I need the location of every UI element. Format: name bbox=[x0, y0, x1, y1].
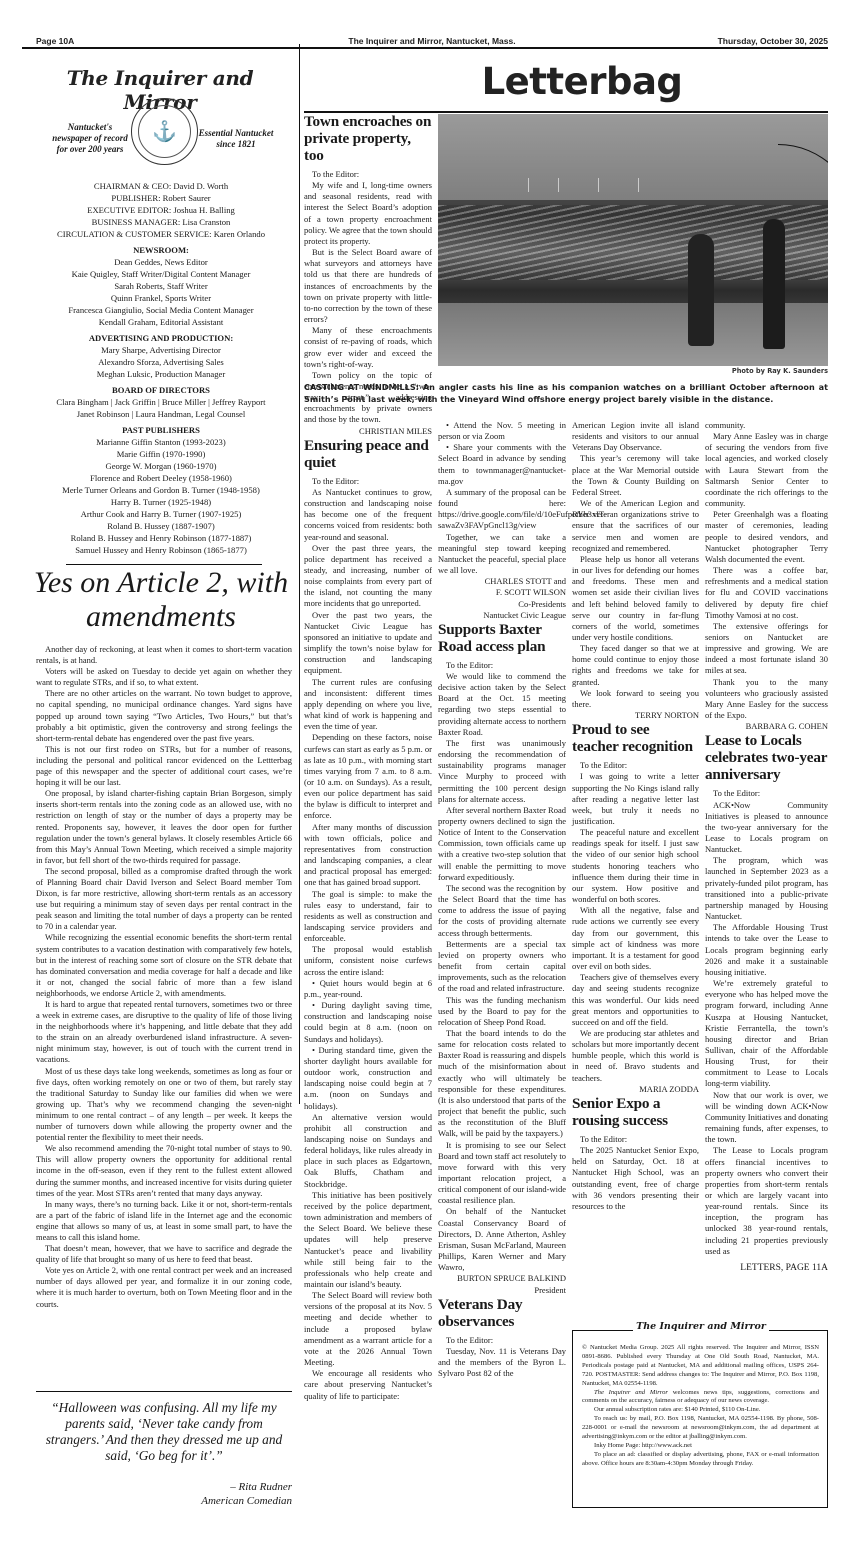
newsroom-heading: NEWSROOM: bbox=[30, 244, 292, 256]
feature-photo bbox=[438, 114, 828, 366]
editorial-body: Another day of reckoning, at least when … bbox=[36, 644, 292, 1310]
copyright-notice: © Nantucket Media Group. 2025 All rights… bbox=[582, 1344, 819, 1389]
letter-headline: Senior Expo a rousing success bbox=[572, 1095, 699, 1129]
letter-expo: Senior Expo a rousing success To the Edi… bbox=[572, 1095, 699, 1212]
contact-info: To reach us: by mail, P.O. Box 1198, Nan… bbox=[582, 1415, 819, 1442]
past-publishers-list: Marianne Giffin Stanton (1993-2023) Mari… bbox=[30, 436, 292, 556]
companion-silhouette bbox=[688, 234, 714, 346]
staff-divider bbox=[66, 564, 262, 565]
subscription-rates: Our annual subscription rates are: $140 … bbox=[582, 1406, 819, 1415]
letters-column-3: American Legion invite all island reside… bbox=[572, 420, 699, 1212]
angler-silhouette bbox=[763, 219, 785, 349]
advertising-heading: ADVERTISING AND PRODUCTION: bbox=[30, 332, 292, 344]
letters-column-4: community. Mary Anne Easley was in charg… bbox=[705, 420, 828, 1274]
letter-baxter: Supports Baxter Road access plan To the … bbox=[438, 621, 566, 1296]
wind-turbine-icon bbox=[558, 178, 559, 192]
editorial-headline: Yes on Article 2, with amendments bbox=[30, 566, 292, 634]
letters-column-1: Town encroaches on private property, too… bbox=[304, 113, 432, 1402]
paper-name: The Inquirer and Mirror, Nantucket, Mass… bbox=[36, 36, 828, 46]
tagline-right: Essential Nantucket since 1821 bbox=[198, 128, 274, 150]
fishing-rod bbox=[778, 144, 828, 234]
info-box-title: The Inquirer and Mirror bbox=[633, 1323, 769, 1332]
ad-info: To place an ad: classified or display ad… bbox=[582, 1451, 819, 1469]
advertising-list: Mary Sharpe, Advertising Director Alexan… bbox=[30, 344, 292, 380]
quote-author: – Rita Rudner bbox=[36, 1480, 292, 1494]
letter-signature: BARBARA G. COHEN bbox=[705, 721, 828, 732]
letter-lease: Lease to Locals celebrates two-year anni… bbox=[705, 732, 828, 1274]
past-publishers-heading: PAST PUBLISHERS bbox=[30, 424, 292, 436]
board-list: Clara Bingham | Jack Griffin | Bruce Mil… bbox=[30, 396, 292, 420]
wind-turbine-icon bbox=[598, 178, 599, 192]
quote-attribution: – Rita Rudner American Comedian bbox=[36, 1480, 292, 1508]
wind-turbine-icon bbox=[638, 178, 639, 192]
letter-veterans: Veterans Day observances To the Editor: … bbox=[438, 1296, 566, 1380]
letter-signature: TERRY NORTON bbox=[572, 710, 699, 721]
letter-headline: Lease to Locals celebrates two-year anni… bbox=[705, 732, 828, 783]
letter-headline: Veterans Day observances bbox=[438, 1296, 566, 1330]
column-divider bbox=[299, 44, 300, 1104]
letter-headline: Proud to see teacher recognition bbox=[572, 721, 699, 755]
tagline-left: Nantucket's newspaper of record for over… bbox=[50, 122, 130, 155]
folio-divider bbox=[22, 47, 828, 49]
letters-column-2: • Attend the Nov. 5 meeting in person or… bbox=[438, 420, 566, 1379]
continued-jump-link[interactable]: LETTERS, PAGE 11A bbox=[705, 1263, 828, 1274]
wind-turbine-icon bbox=[528, 178, 529, 192]
quote-divider bbox=[36, 1391, 292, 1392]
letter-headline: Town encroaches on private property, too bbox=[304, 113, 432, 164]
letter-signature: CHARLES STOTT and bbox=[438, 576, 566, 587]
letter-headline: Supports Baxter Road access plan bbox=[438, 621, 566, 655]
section-title: Letterbag bbox=[300, 60, 864, 103]
staff-listing: CHAIRMAN & CEO: David D. Worth PUBLISHER… bbox=[30, 180, 292, 556]
photo-credit: Photo by Ray K. Saunders bbox=[438, 367, 828, 375]
pull-quote: “Halloween was confusing. All my life my… bbox=[36, 1400, 292, 1464]
letter-signature: MARIA ZODDA bbox=[572, 1084, 699, 1095]
executive-list: CHAIRMAN & CEO: David D. Worth PUBLISHER… bbox=[30, 180, 292, 240]
anchor-seal-icon bbox=[131, 98, 198, 165]
board-heading: BOARD OF DIRECTORS bbox=[30, 384, 292, 396]
issue-date: Thursday, October 30, 2025 bbox=[718, 36, 828, 46]
quote-author-role: American Comedian bbox=[36, 1494, 292, 1508]
homepage-link[interactable]: Inky Home Page: http://www.ack.net bbox=[582, 1442, 819, 1451]
letter-teacher: Proud to see teacher recognition To the … bbox=[572, 721, 699, 1095]
publication-info-box: The Inquirer and Mirror © Nantucket Medi… bbox=[572, 1330, 828, 1508]
newsroom-list: Dean Geddes, News Editor Kaie Quigley, S… bbox=[30, 256, 292, 328]
letter-signature: BURTON SPRUCE BALKIND bbox=[438, 1273, 566, 1284]
letter-peace: Ensuring peace and quiet To the Editor: … bbox=[304, 437, 432, 1402]
letter-headline: Ensuring peace and quiet bbox=[304, 437, 432, 471]
letter-encroach: Town encroaches on private property, too… bbox=[304, 113, 432, 437]
letter-signature: CHRISTIAN MILES bbox=[304, 426, 432, 437]
